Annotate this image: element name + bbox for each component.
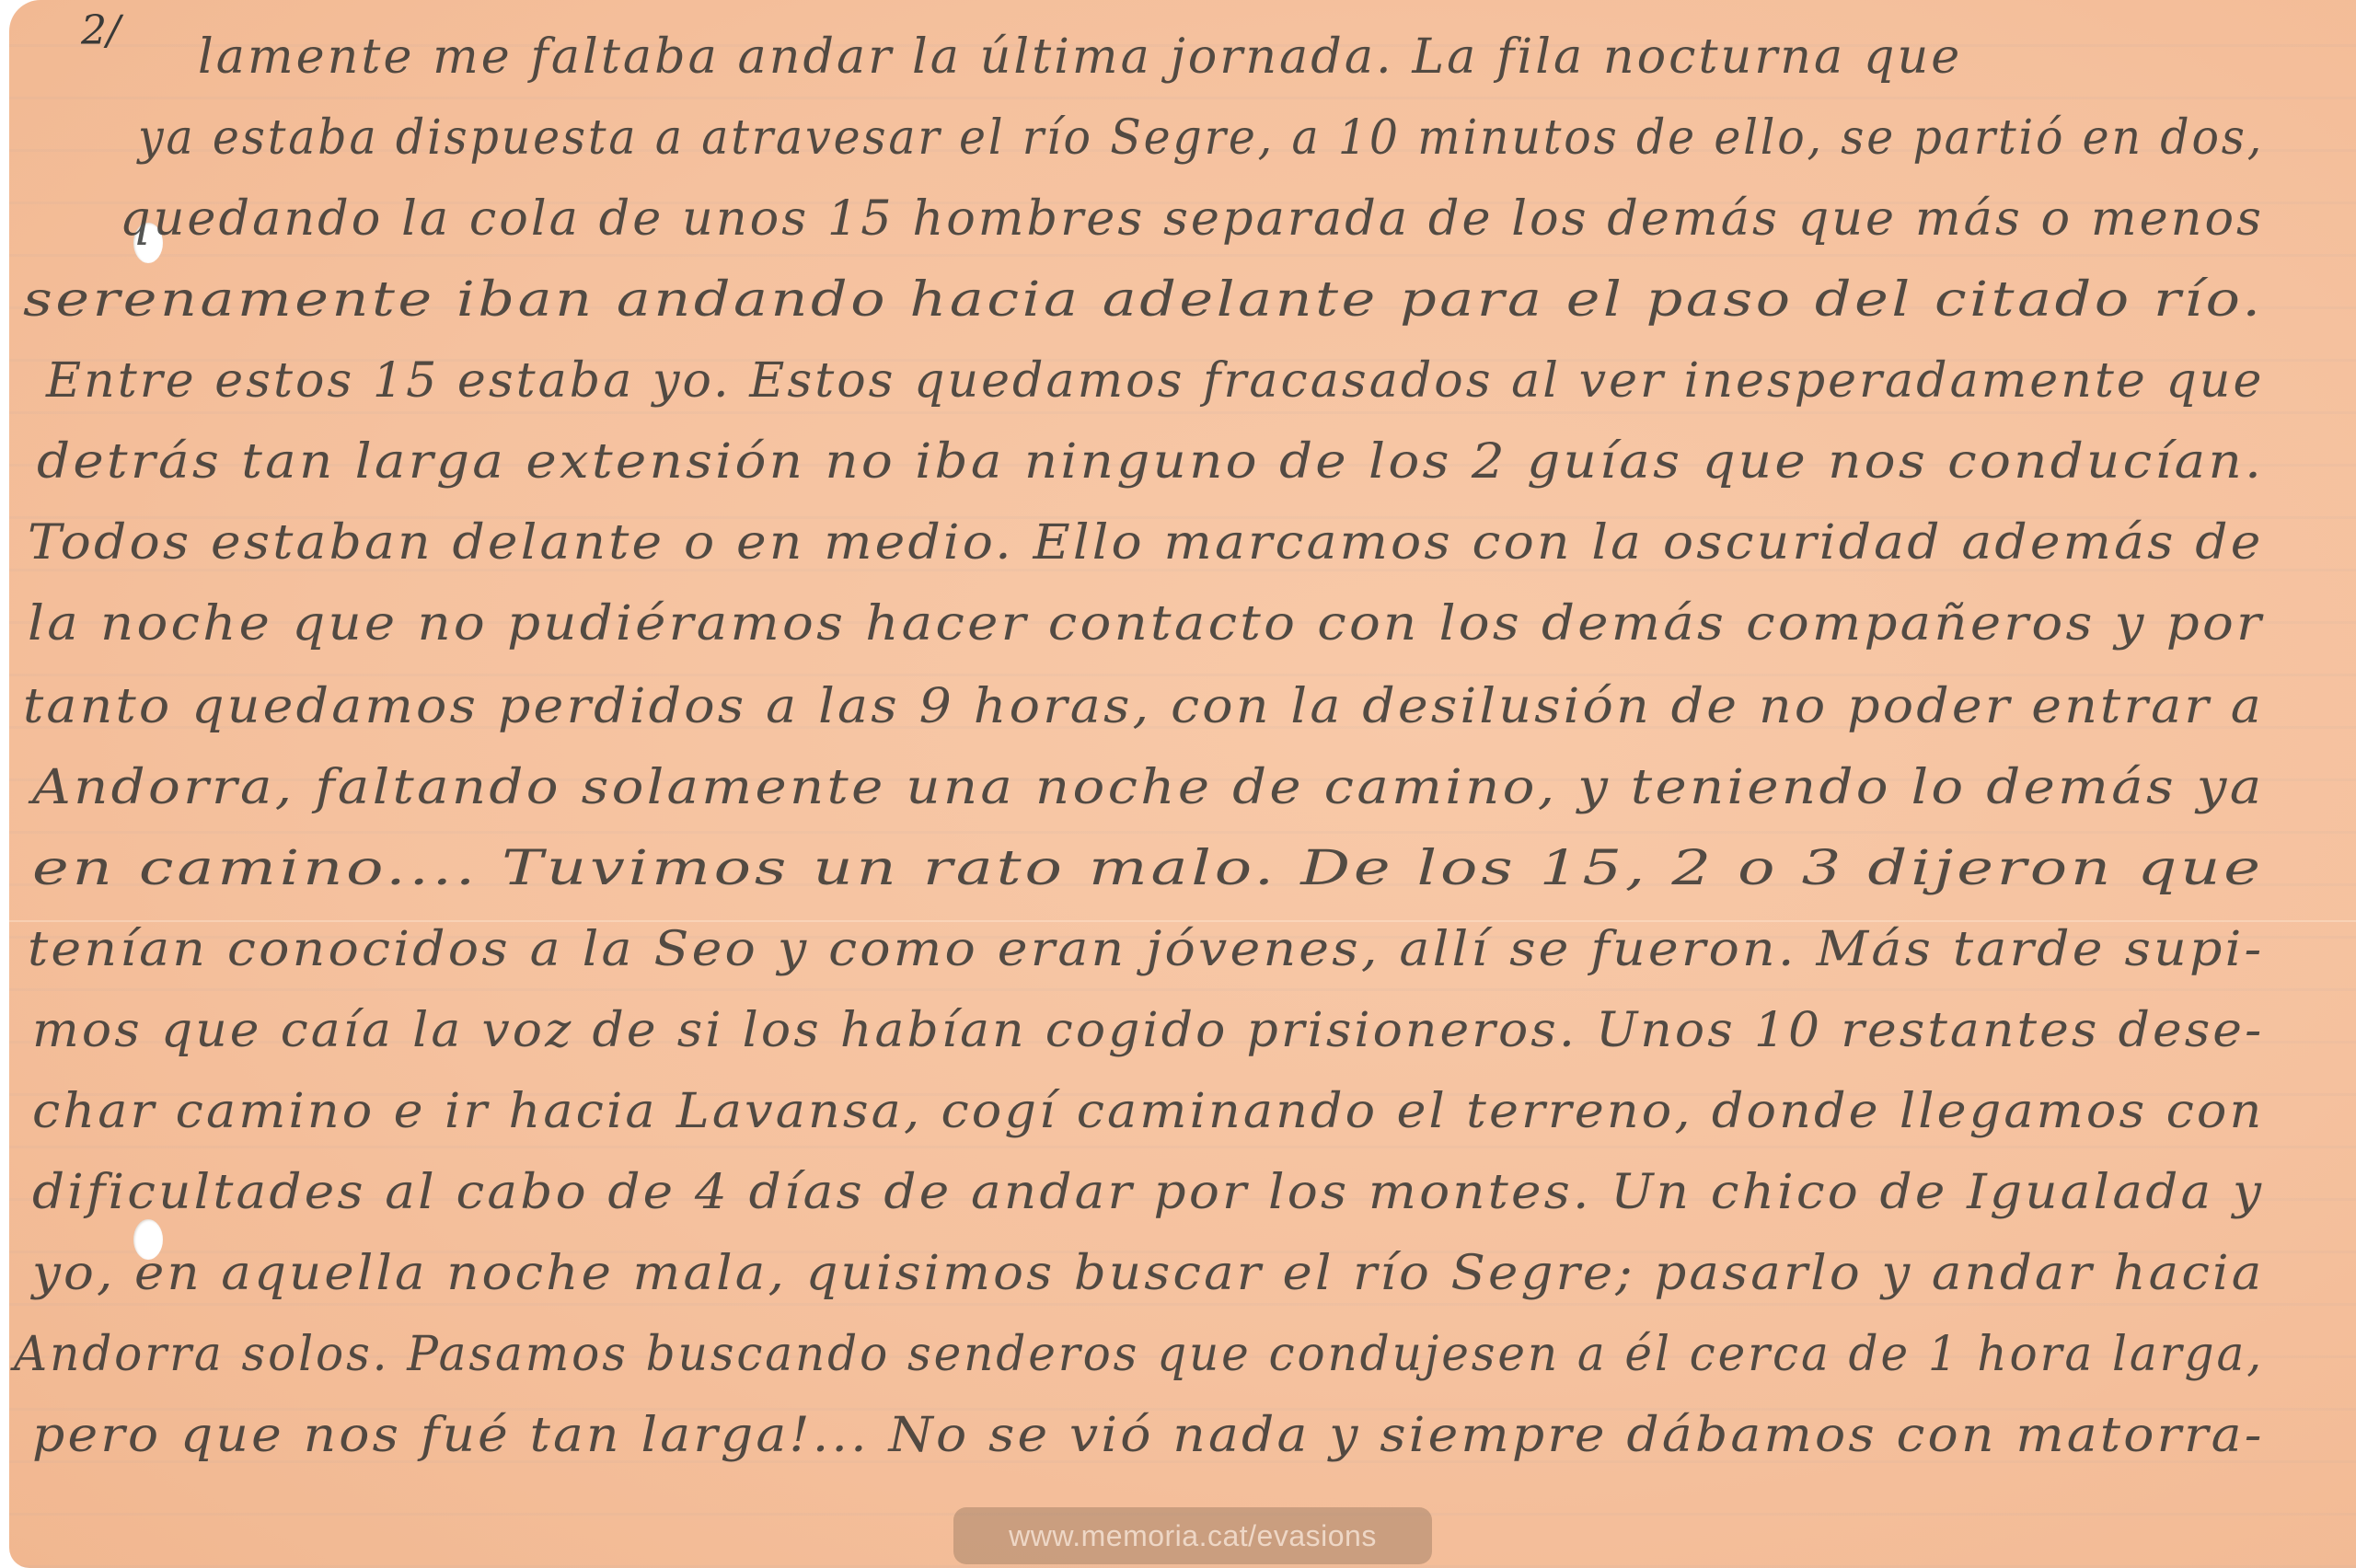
text-line-14: char camino e ir hacia Lavansa, cogí cam… <box>32 1084 2264 1139</box>
text-line-12: tenían conocidos a la Seo y como eran jó… <box>28 922 2264 977</box>
handwritten-text: lamente me faltaba andar la última jorna… <box>0 0 2356 1568</box>
text-line-16: yo, en aquella noche mala, quisimos busc… <box>32 1246 2264 1301</box>
text-line-1: lamente me faltaba andar la última jorna… <box>198 29 2264 85</box>
text-line-6: detrás tan larga extensión no iba ningun… <box>37 434 2264 490</box>
text-line-11: en camino.... Tuvimos un rato malo. De l… <box>32 841 2264 896</box>
watermark-badge: www.memoria.cat/evasions <box>953 1507 1432 1564</box>
text-line-17: Andorra solos. Pasamos buscando senderos… <box>14 1327 2264 1382</box>
text-line-4: serenamente iban andando hacia adelante … <box>23 272 2264 328</box>
text-line-13: mos que caía la voz de si los habían cog… <box>32 1003 2264 1058</box>
text-line-5: Entre estos 15 estaba yo. Estos quedamos… <box>46 353 2264 409</box>
text-line-2: ya estaba dispuesta a atravesar el río S… <box>138 110 2264 166</box>
text-line-9: tanto quedamos perdidos a las 9 horas, c… <box>23 679 2264 734</box>
text-line-15: dificultades al cabo de 4 días de andar … <box>32 1165 2264 1220</box>
text-line-7: Todos estaban delante o en medio. Ello m… <box>28 515 2264 571</box>
watermark-url: www.memoria.cat/evasions <box>1009 1519 1377 1553</box>
text-line-10: Andorra, faltando solamente una noche de… <box>32 760 2265 815</box>
text-line-3: quedando la cola de unos 15 hombres sepa… <box>120 191 2264 247</box>
text-line-8: la noche que no pudiéramos hacer contact… <box>28 596 2264 651</box>
text-line-18: pero que nos fué tan larga!... No se vió… <box>32 1408 2265 1463</box>
scanned-letter-page: 2/ lamente me faltaba andar la última jo… <box>0 0 2356 1568</box>
